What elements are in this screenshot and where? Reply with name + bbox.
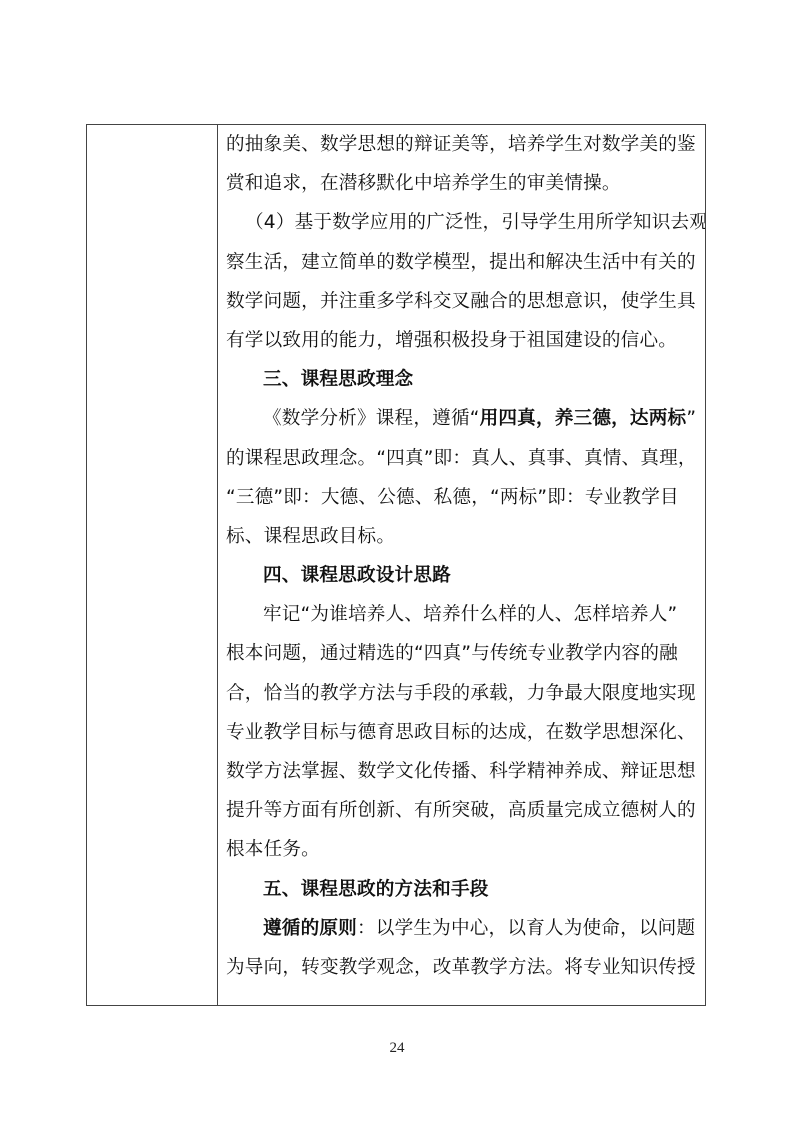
text-line: 的课程思政理念。“四真”即：真人、真事、真情、真理， [226, 439, 699, 478]
text-line: 根本任务。 [226, 830, 699, 869]
text-line: 的抽象美、数学思想的辩证美等，培养学生对数学美的鉴 [226, 125, 699, 164]
text-line: （4）基于数学应用的广泛性，引导学生用所学知识去观 [226, 203, 699, 242]
text-line: 察生活，建立简单的数学模型，提出和解决生活中有关的 [226, 243, 699, 282]
text-line: 牢记“为谁培养人、培养什么样的人、怎样培养人” [226, 595, 699, 634]
bold-text-run: 遵循的原则 [263, 918, 357, 939]
text-run: 《数学分析》课程，遵循“ [263, 408, 480, 429]
content-table: 的抽象美、数学思想的辩证美等，培养学生对数学美的鉴 赏和追求，在潜移默化中培养学… [86, 124, 706, 1006]
text-line: 《数学分析》课程，遵循“用四真，养三德，达两标” [226, 399, 699, 438]
text-line: 数学方法掌握、数学文化传播、科学精神养成、辩证思想 [226, 752, 699, 791]
text-line: 遵循的原则：以学生为中心，以育人为使命，以问题 [226, 909, 699, 948]
text-line: 标、课程思政目标。 [226, 517, 699, 556]
page-number: 24 [0, 1040, 794, 1057]
text-line: 赏和追求，在潜移默化中培养学生的审美情操。 [226, 164, 699, 203]
table-left-cell [87, 125, 218, 1005]
text-run: ：以学生为中心，以育人为使命，以问题 [357, 918, 695, 939]
section-heading: 三、课程思政理念 [226, 360, 699, 399]
text-line: 根本问题，通过精选的“四真”与传统专业教学内容的融 [226, 634, 699, 673]
table-right-cell: 的抽象美、数学思想的辩证美等，培养学生对数学美的鉴 赏和追求，在潜移默化中培养学… [218, 125, 705, 1005]
bold-text-run: 用四真，养三德，达两标 [480, 408, 687, 429]
section-heading: 五、课程思政的方法和手段 [226, 870, 699, 909]
text-line: 为导向，转变教学观念，改革教学方法。将专业知识传授 [226, 948, 699, 987]
section-heading: 四、课程思政设计思路 [226, 556, 699, 595]
text-line: 专业教学目标与德育思政目标的达成，在数学思想深化、 [226, 713, 699, 752]
text-line: 合，恰当的教学方法与手段的承载，力争最大限度地实现 [226, 674, 699, 713]
text-line: 有学以致用的能力，增强积极投身于祖国建设的信心。 [226, 321, 699, 360]
text-run: ” [686, 408, 696, 429]
text-line: 提升等方面有所创新、有所突破，高质量完成立德树人的 [226, 791, 699, 830]
text-line: 数学问题，并注重多学科交叉融合的思想意识，使学生具 [226, 282, 699, 321]
text-line: “三德”即：大德、公德、私德，“两标”即：专业教学目 [226, 478, 699, 517]
